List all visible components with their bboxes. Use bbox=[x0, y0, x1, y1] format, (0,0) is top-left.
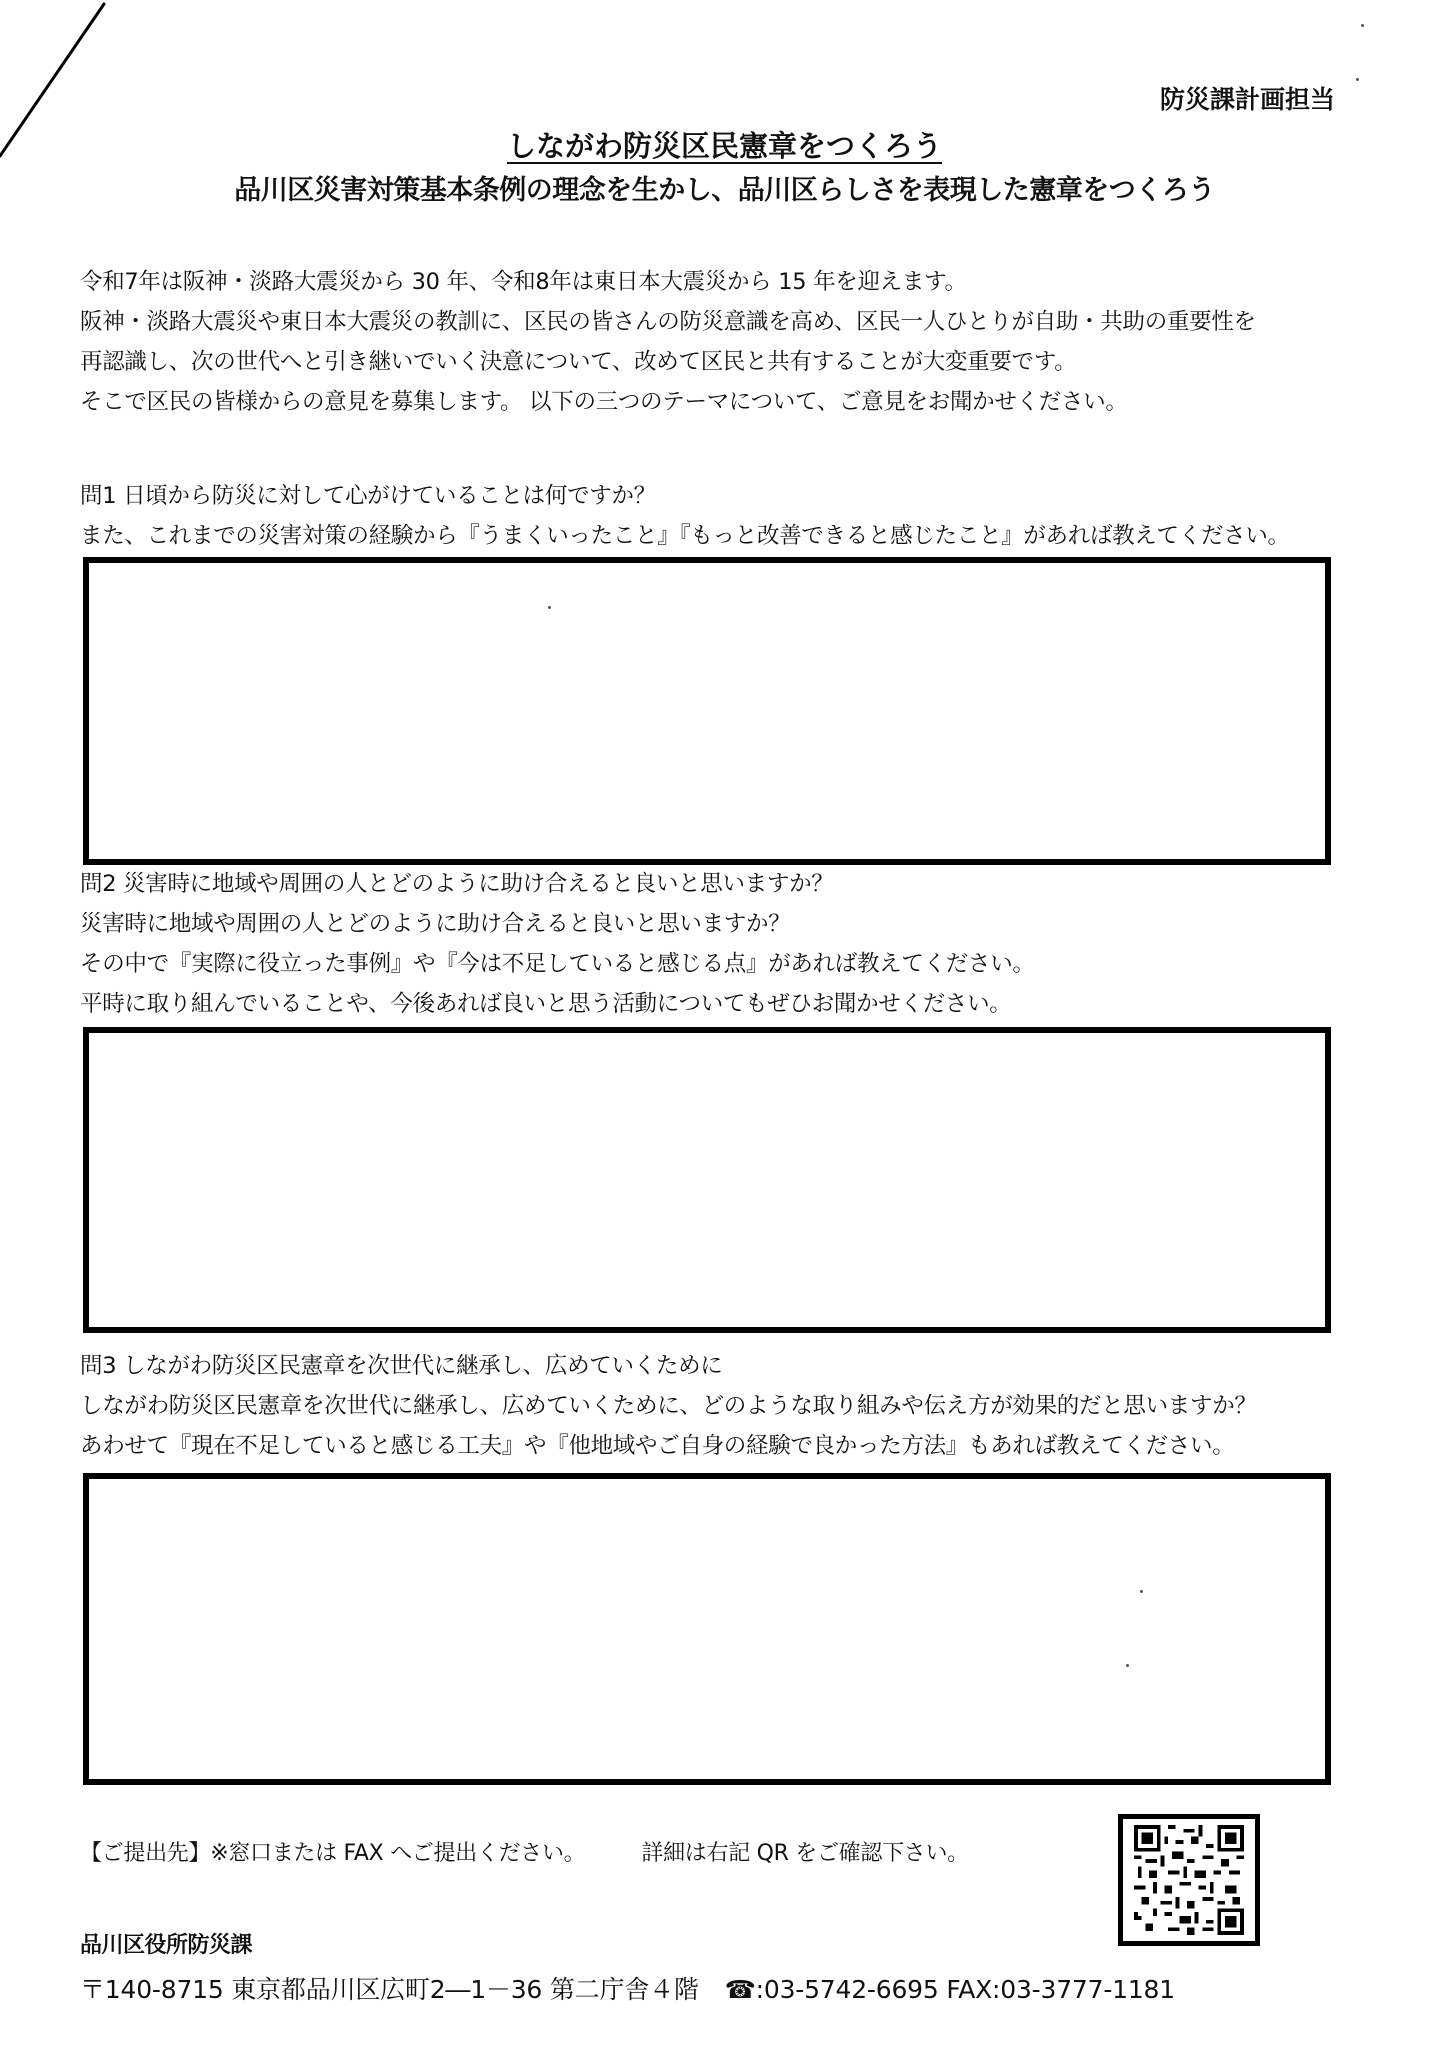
question-2-heading: 問2 災害時に地域や周囲の人とどのように助け合えると良いと思いますか？ bbox=[80, 864, 1420, 904]
submit-label: 【ご提出先】 bbox=[80, 1841, 210, 1866]
scan-speck bbox=[1126, 1664, 1129, 1667]
intro-line: 再認識し、次の世代へと引き継いでいく決意について、改めて区民と共有することが大変… bbox=[80, 342, 1400, 382]
phone-number: :03-5742-6695 bbox=[756, 1975, 939, 2004]
answer-box-1[interactable] bbox=[83, 557, 1331, 865]
scan-speck bbox=[1140, 1590, 1143, 1593]
question-3-detail: あわせて『現在不足していると感じる工夫』や『他地域やご自身の経験で良かった方法』… bbox=[80, 1426, 1420, 1466]
question-1: 問1 日頃から防災に対して心がけていることは何ですか？ また、これまでの災害対策… bbox=[80, 476, 1420, 556]
question-1-detail: また、これまでの災害対策の経験から『うまくいったこと』『もっと改善できると感じた… bbox=[80, 516, 1420, 556]
contact-address: 〒140-8715 東京都品川区広町2―1－36 第二庁舎４階☎:03-5742… bbox=[80, 1970, 1175, 2006]
page-title: しながわ防災区民憲章をつくろう bbox=[0, 124, 1449, 165]
submission-info: 【ご提出先】※窓口または FAX へご提出ください。詳細は右記 QR をご確認下… bbox=[80, 1836, 969, 1867]
question-1-heading: 問1 日頃から防災に対して心がけていることは何ですか？ bbox=[80, 476, 1420, 516]
answer-input-3[interactable] bbox=[89, 1479, 1325, 1779]
question-3: 問3 しながわ防災区民憲章を次世代に継承し、広めていくために しながわ防災区民憲… bbox=[80, 1346, 1420, 1466]
qr-note: 詳細は右記 QR をご確認下さい。 bbox=[641, 1841, 969, 1866]
qr-code-icon[interactable] bbox=[1118, 1814, 1260, 1946]
question-2-detail: その中で『実際に役立った事例』や『今は不足していると感じる点』があれば教えてくだ… bbox=[80, 944, 1420, 984]
postal-code: 〒140-8715 bbox=[80, 1975, 224, 2004]
office-name: 品川区役所防災課 bbox=[80, 1928, 252, 1959]
intro-paragraph: 令和7年は阪神・淡路大震災から 30 年、令和8年は東日本大震災から 15 年を… bbox=[80, 262, 1400, 422]
scan-speck bbox=[548, 606, 551, 609]
street-address: 東京都品川区広町2―1－36 第二庁舎４階 bbox=[231, 1975, 698, 2004]
question-3-detail: しながわ防災区民憲章を次世代に継承し、広めていくために、どのような取り組みや伝え… bbox=[80, 1386, 1420, 1426]
answer-input-1[interactable] bbox=[89, 563, 1325, 859]
answer-box-3[interactable] bbox=[83, 1473, 1331, 1785]
question-2-detail: 災害時に地域や周囲の人とどのように助け合えると良いと思いますか？ bbox=[80, 904, 1420, 944]
page-subtitle: 品川区災害対策基本条例の理念を生かし、品川区らしさを表現した憲章をつくろう bbox=[0, 168, 1449, 207]
submit-note: ※窓口または FAX へご提出ください。 bbox=[210, 1841, 585, 1866]
answer-input-2[interactable] bbox=[89, 1033, 1325, 1327]
intro-line: 阪神・淡路大震災や東日本大震災の教訓に、区民の皆さんの防災意識を高め、区民一人ひ… bbox=[80, 302, 1400, 342]
intro-line: 令和7年は阪神・淡路大震災から 30 年、令和8年は東日本大震災から 15 年を… bbox=[80, 262, 1400, 302]
scan-speck bbox=[1361, 24, 1364, 27]
question-2: 問2 災害時に地域や周囲の人とどのように助け合えると良いと思いますか？ 災害時に… bbox=[80, 864, 1420, 1024]
question-2-detail: 平時に取り組んでいることや、今後あれば良いと思う活動についてもぜひお聞かせくださ… bbox=[80, 984, 1420, 1024]
question-3-heading: 問3 しながわ防災区民憲章を次世代に継承し、広めていくために bbox=[80, 1346, 1420, 1386]
answer-box-2[interactable] bbox=[83, 1027, 1331, 1333]
department-label: 防災課計画担当 bbox=[1160, 80, 1335, 116]
phone-icon: ☎ bbox=[725, 1975, 756, 2004]
intro-line: そこで区民の皆様からの意見を募集します。 以下の三つのテーマについて、ご意見をお… bbox=[80, 382, 1400, 422]
fax-number: FAX:03-3777-1181 bbox=[946, 1975, 1175, 2004]
scan-speck bbox=[1356, 78, 1359, 81]
